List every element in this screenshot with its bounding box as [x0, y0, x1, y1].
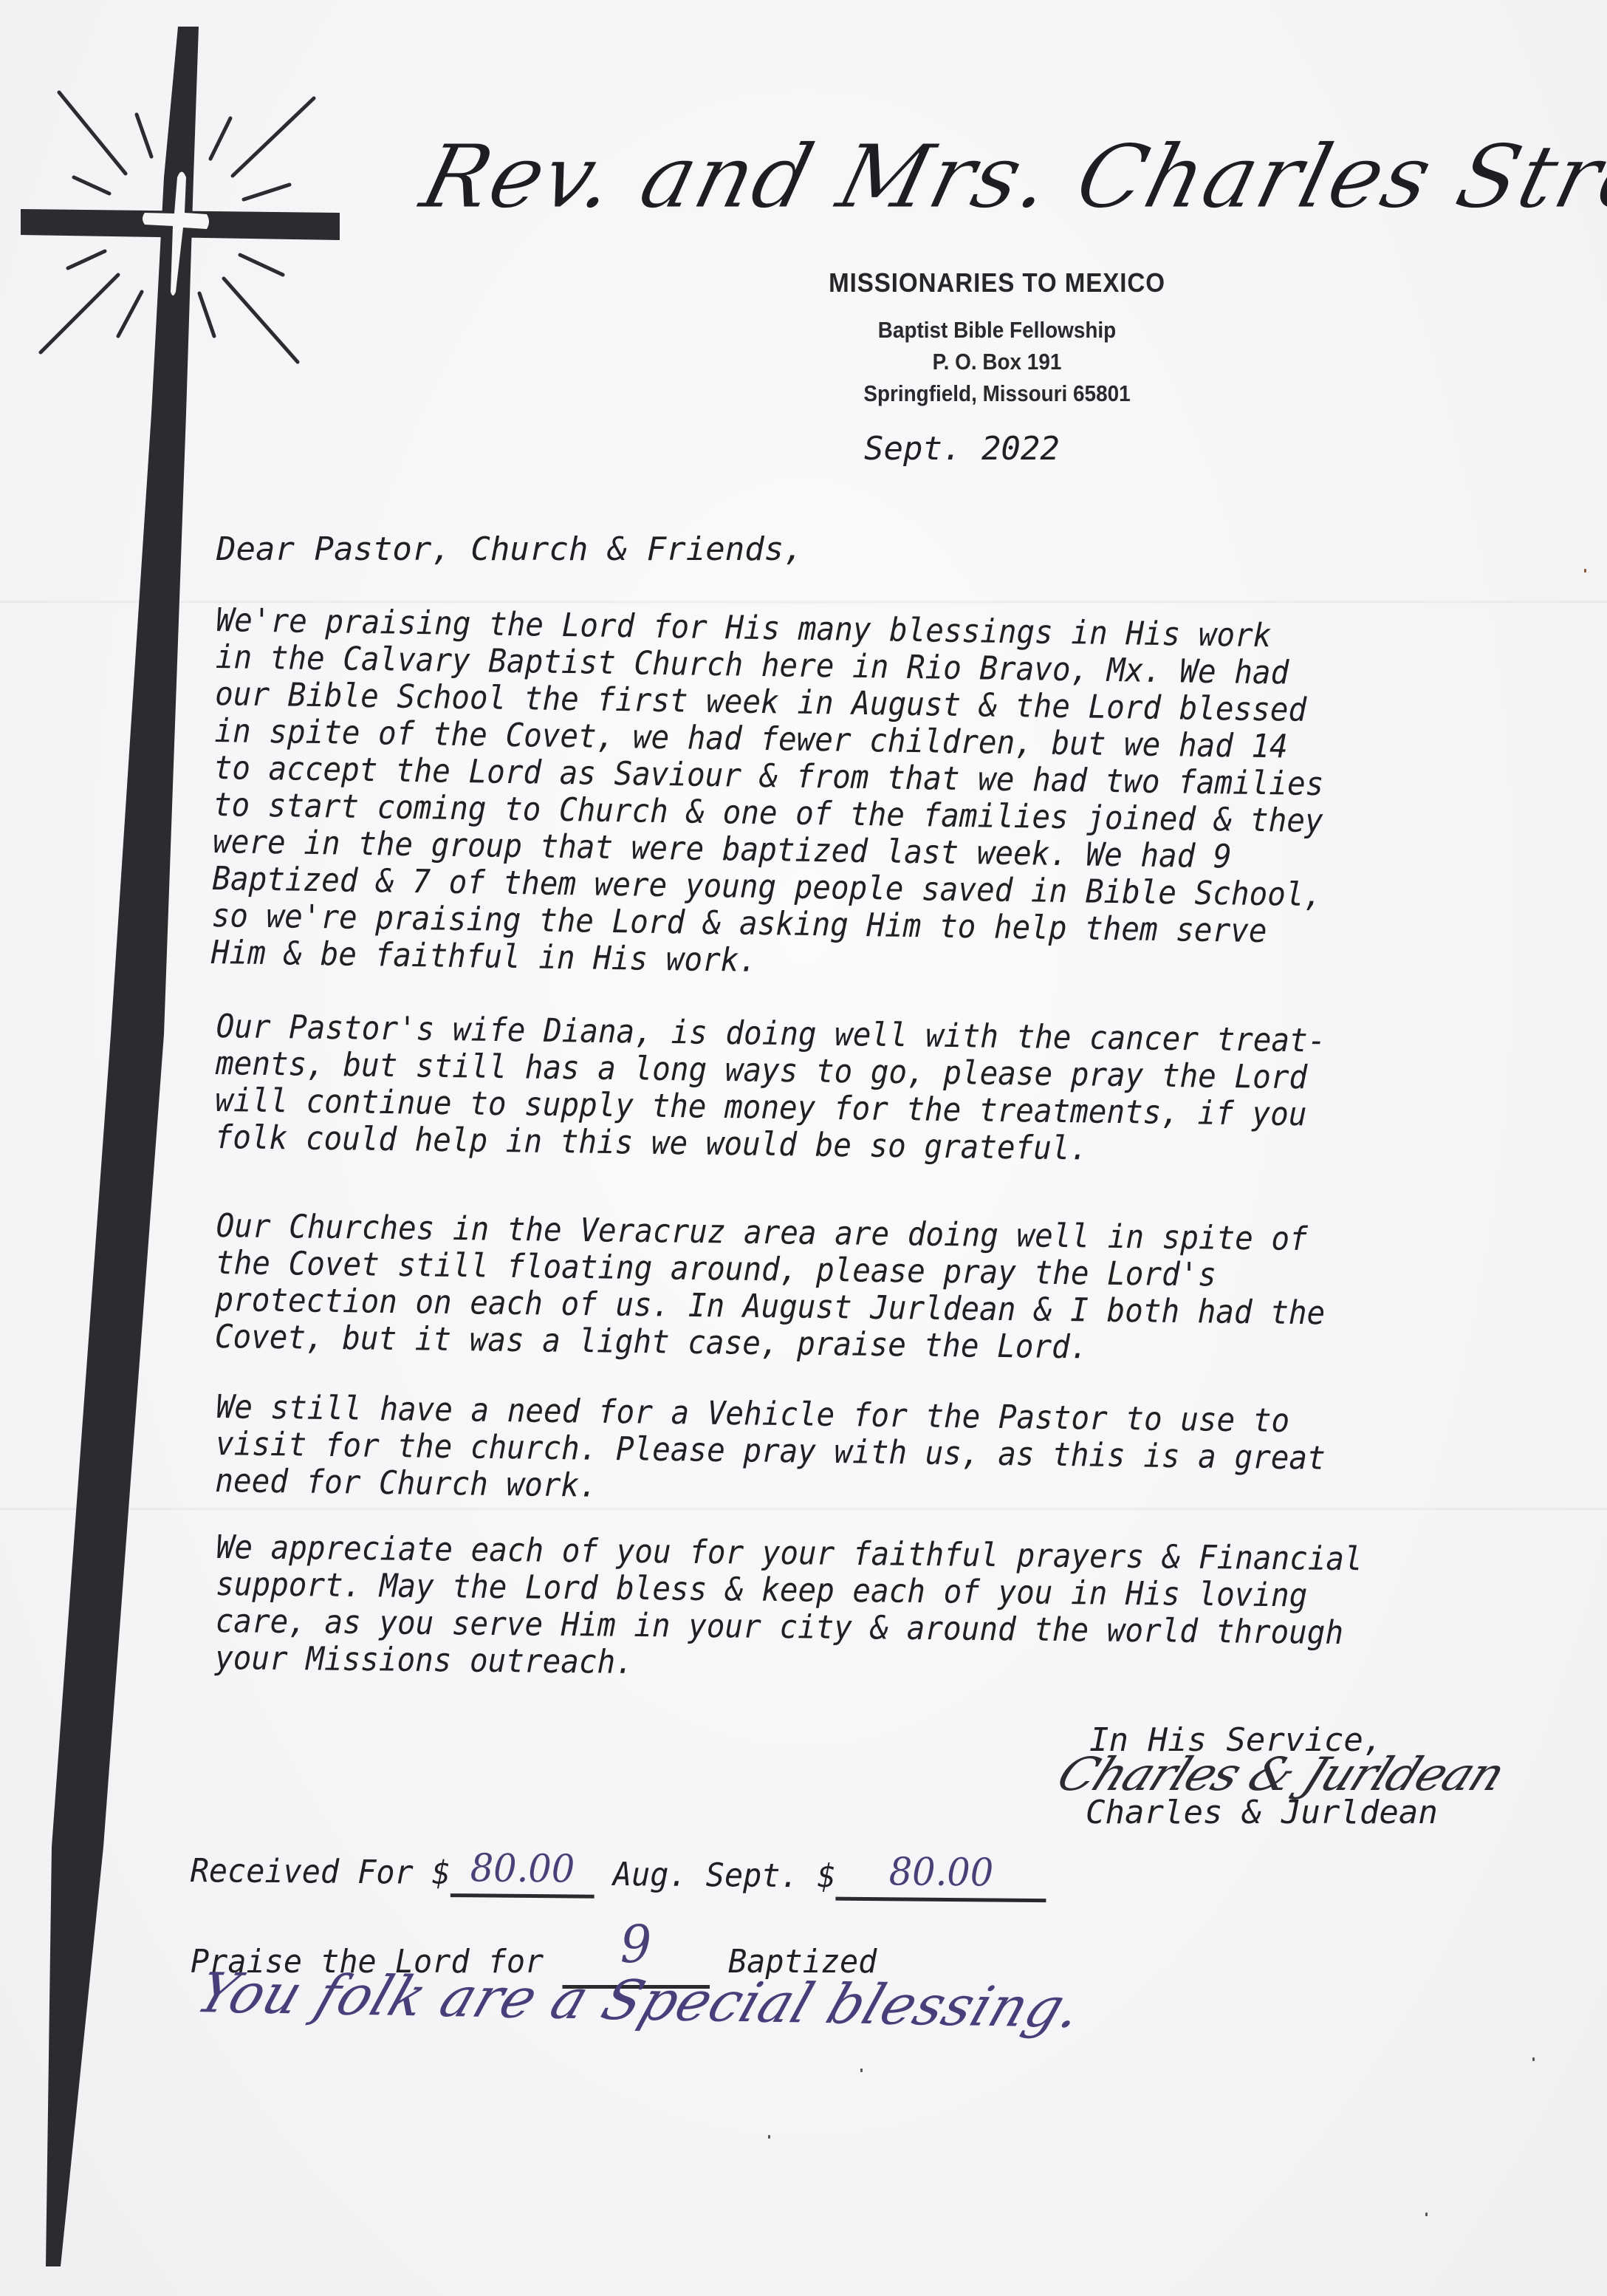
letterhead-address: Baptist Bible Fellowship P. O. Box 191 S…	[731, 314, 1263, 409]
received-amount: 80.00	[470, 1846, 575, 1891]
scan-speck	[1584, 569, 1586, 573]
scan-speck	[860, 2068, 863, 2072]
scan-speck	[768, 2135, 770, 2139]
scan-speck	[1532, 2057, 1535, 2061]
letter-page: Rev. and Mrs. Charles Strong MISSIONARIE…	[0, 0, 1607, 2296]
baptized-count: 9	[620, 1914, 651, 1975]
address-city: Springfield, Missouri 65801	[731, 377, 1263, 409]
letter-date: Sept. 2022	[864, 430, 1060, 468]
period-label: Aug. Sept. $	[613, 1856, 836, 1896]
paragraph-pastor-wife: Our Pastor's wife Diana, is doing well w…	[214, 1008, 1507, 1173]
paragraph-vehicle-need: We still have a need for a Vehicle for t…	[215, 1389, 1507, 1517]
address-po-box: P. O. Box 191	[731, 346, 1263, 377]
period-amount: 80.00	[889, 1850, 994, 1895]
paragraph-veracruz-churches: Our Churches in the Veracruz area are do…	[215, 1208, 1508, 1371]
period-amount-field: 80.00	[836, 1853, 1047, 1902]
scan-speck	[1425, 2213, 1428, 2216]
received-amount-field: 80.00	[450, 1849, 595, 1899]
paragraph-appreciation: We appreciate each of you for your faith…	[215, 1529, 1507, 1690]
received-line: Received For $80.00 Aug. Sept. $80.00	[190, 1847, 1046, 1902]
typed-signature: Charles & Jurldean	[1086, 1794, 1438, 1831]
letter-salutation: Dear Pastor, Church & Friends,	[216, 530, 803, 568]
received-label: Received For $	[190, 1852, 450, 1892]
letterhead-title: Rev. and Mrs. Charles Strong	[412, 126, 1607, 228]
letterhead-subtitle: MISSIONARIES TO MEXICO	[691, 267, 1303, 298]
paragraph-bible-school: We're praising the Lord for His many ble…	[211, 602, 1508, 991]
address-organization: Baptist Bible Fellowship	[731, 314, 1263, 346]
